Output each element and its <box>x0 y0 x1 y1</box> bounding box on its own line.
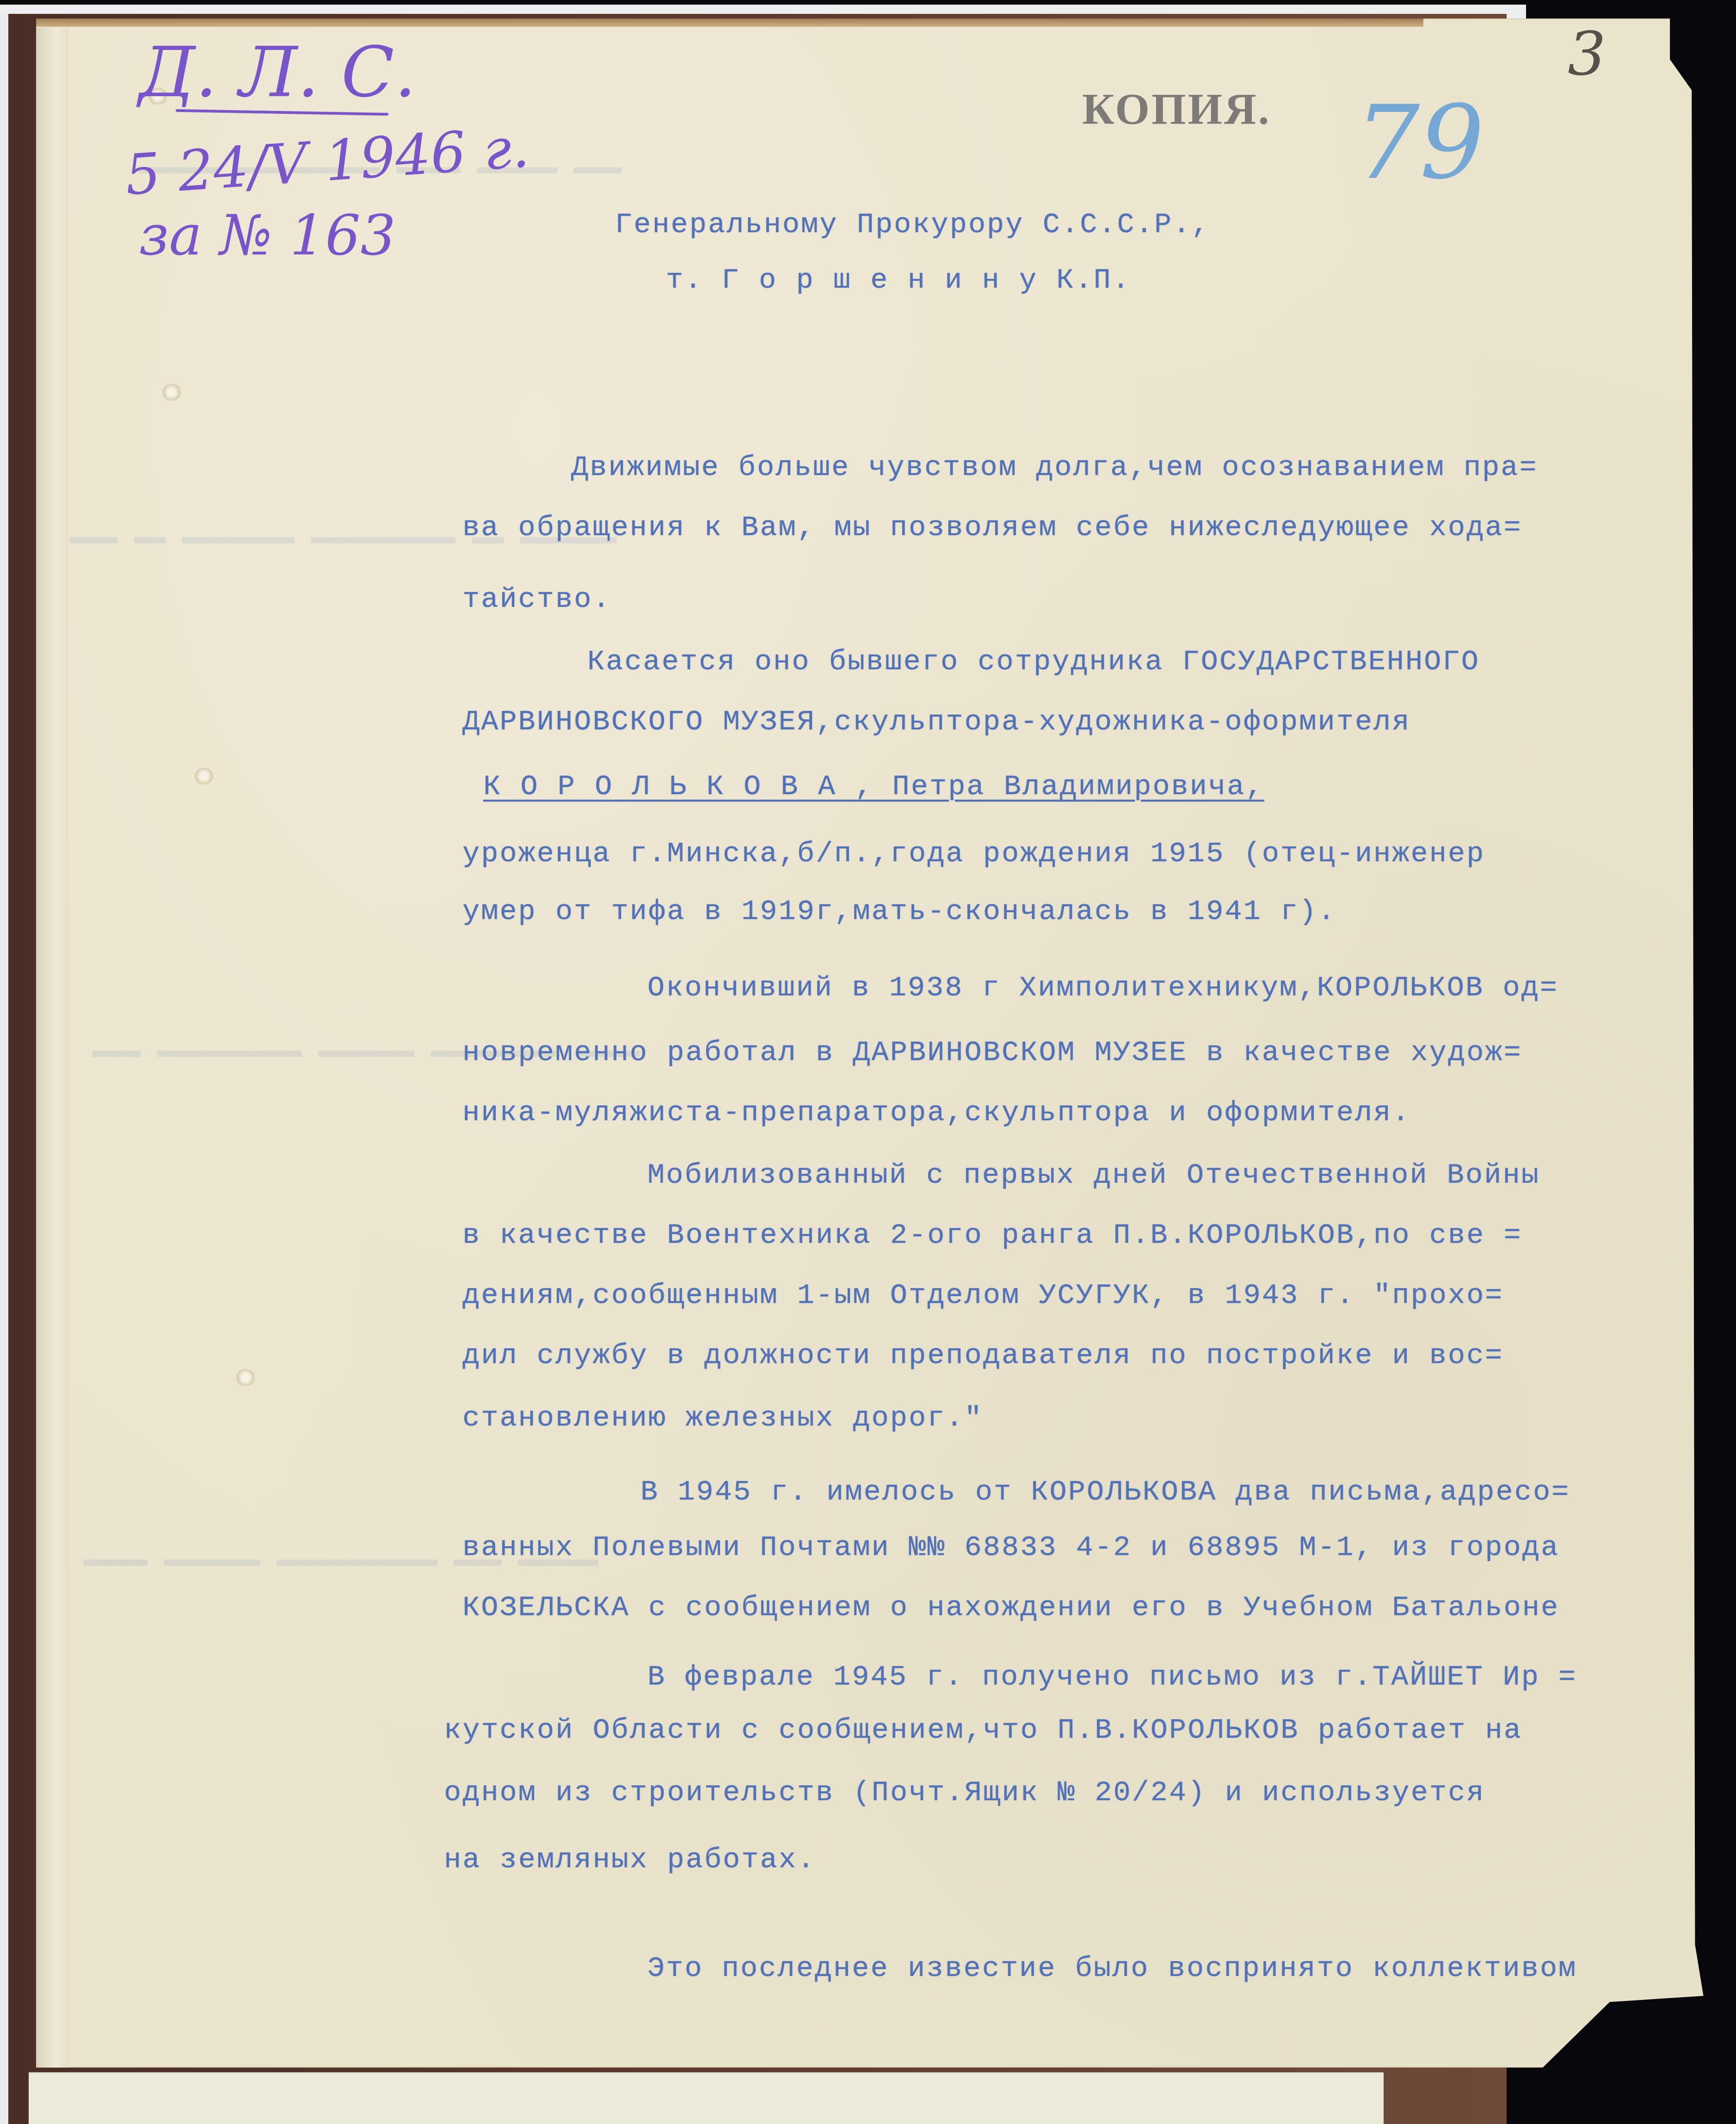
body-line: ванных Полевыми Почтами №№ 68833 4-2 и 6… <box>462 1531 1559 1564</box>
punch-hole <box>236 1369 255 1386</box>
body-line: кутской Области с сообщением,что П.В.КОР… <box>444 1714 1522 1747</box>
body-line: ва обращения к Вам, мы позволяем себе ни… <box>462 511 1522 544</box>
copy-stamp: КОПИЯ. <box>1082 83 1271 135</box>
body-line: Это последнее известие было воспринято к… <box>647 1952 1577 1985</box>
body-line: В 1945 г. имелось от КОРОЛЬКОВА два пись… <box>640 1476 1570 1508</box>
sheet-binding-fold <box>36 28 68 2068</box>
body-line: В феврале 1945 г. получено письмо из г.Т… <box>647 1661 1577 1693</box>
body-line: Касается оно бывшего сотрудника ГОСУДАРС… <box>587 645 1480 678</box>
body-line: умер от тифа в 1919г,мать-скончалась в 1… <box>462 895 1336 928</box>
underlying-sheet <box>29 2072 1384 2124</box>
body-line: Окончивший в 1938 г Химполитехникум,КОРО… <box>647 971 1558 1004</box>
body-line: дил службу в должности преподавателя по … <box>462 1339 1504 1372</box>
addressee-line-1: Генеральному Прокурору С.С.С.Р., <box>615 208 1210 241</box>
body-line: КОЗЕЛЬСКА с сообщением о нахождении его … <box>462 1591 1559 1624</box>
handwritten-initials: Д. Л. С. <box>139 32 416 113</box>
body-line: Мобилизованный с первых дней Отечественн… <box>647 1159 1540 1192</box>
body-line: уроженца г.Минска,б/п.,года рождения 191… <box>462 837 1485 870</box>
body-line: ника-муляжиста-препаратора,скульптора и … <box>462 1096 1411 1129</box>
body-line: ДАРВИНОВСКОГО МУЗЕЯ,скульптора-художника… <box>462 705 1411 738</box>
page-number-pencil: 3 <box>1568 19 1606 89</box>
punch-hole <box>162 384 181 401</box>
body-line: на земляных работах. <box>444 1843 816 1876</box>
person-name-underlined: К О Р О Л Ь К О В А , Петра Владимирович… <box>483 770 1264 803</box>
body-line: новременно работал в ДАРВИНОВСКОМ МУЗЕЕ … <box>462 1036 1522 1069</box>
body-line: в качестве Воентехника 2-ого ранга П.В.К… <box>462 1219 1522 1252</box>
punch-hole <box>194 768 214 784</box>
body-line: дениям,сообщенным 1-ым Отделом УСУГУК, в… <box>462 1279 1504 1312</box>
body-line: одном из строительств (Почт.Ящик № 20/24… <box>444 1776 1485 1809</box>
addressee-line-2: т. Г о р ш е н и н у К.П. <box>666 264 1131 296</box>
handwritten-reference-number: за № 163 <box>139 204 396 268</box>
body-line: становлению железных дорог." <box>462 1402 983 1434</box>
body-line: Движимые больше чувством долга,чем осозн… <box>571 451 1538 484</box>
body-line: тайство. <box>462 583 611 616</box>
sheet-top-edge-stain <box>36 19 1423 27</box>
blue-pencil-number: 79 <box>1355 83 1484 202</box>
scan-backing-left <box>0 14 8 2124</box>
